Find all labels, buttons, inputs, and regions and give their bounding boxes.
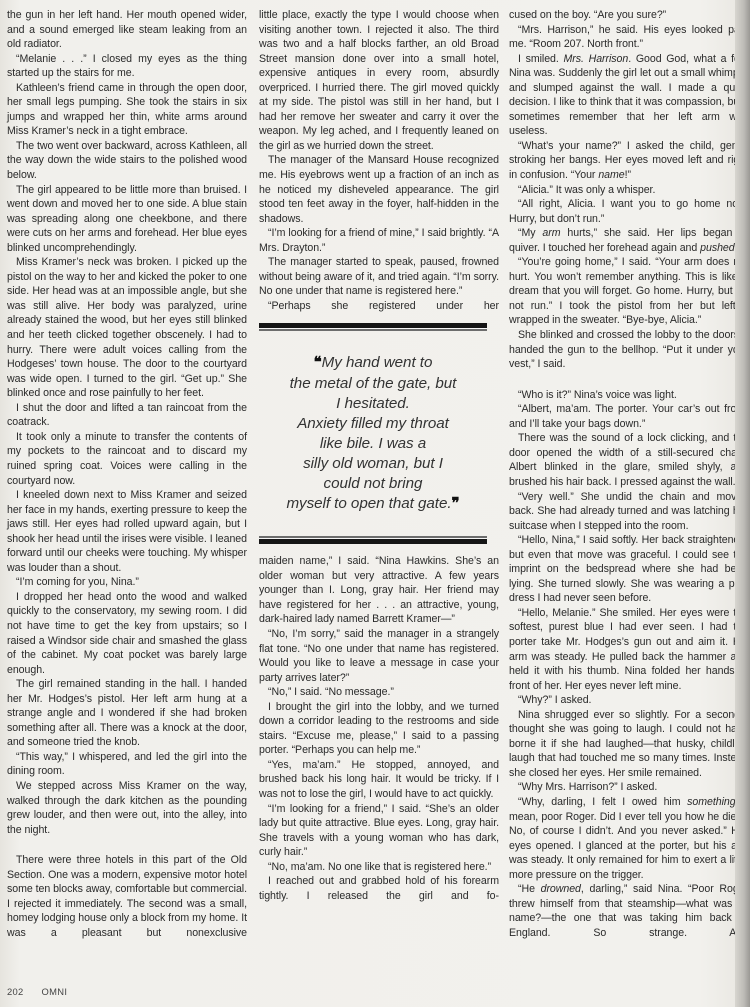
- text-run: . Good God, what a fool Nina was. Sudden…: [509, 53, 748, 138]
- text-column-middle: little place, exactly the type I would c…: [259, 8, 499, 903]
- paragraph: The manager of the Mansard House recogni…: [259, 153, 499, 226]
- paragraph: “No, I’m sorry,” said the manager in a s…: [259, 627, 499, 685]
- pull-quote-line: like bile. I was a: [320, 435, 426, 452]
- paragraph: The girl remained standing in the hall. …: [7, 677, 247, 750]
- magazine-name: OMNI: [42, 986, 68, 997]
- text-column-right: cused on the boy. “Are you sure?” “Mrs. …: [509, 8, 748, 940]
- italic-run: Mrs. Harrison: [564, 53, 629, 65]
- paragraph: “You’re going home,” I said. “Your arm d…: [509, 255, 748, 328]
- page-footer: 202OMNI: [7, 986, 85, 997]
- paragraph: The manager started to speak, paused, fr…: [259, 255, 499, 299]
- paragraph: It took only a minute to transfer the co…: [7, 430, 247, 488]
- text-run: “My: [518, 227, 542, 239]
- paragraph: I kneeled down next to Miss Kramer and s…: [7, 488, 247, 575]
- pull-quote-line: could not bring: [324, 475, 423, 492]
- paragraph: I reached out and grabbed hold of his fo…: [259, 874, 499, 903]
- paragraph: The two went over backward, across Kathl…: [7, 139, 247, 183]
- text-column-left: the gun in her left hand. Her mouth open…: [7, 8, 247, 940]
- paragraph: “Very well.” She undid the chain and mov…: [509, 490, 748, 534]
- paragraph: Nina shrugged ever so slightly. For a se…: [509, 708, 748, 781]
- italic-run: something: [687, 796, 735, 808]
- paragraph: “This way,” I whispered, and led the gir…: [7, 750, 247, 779]
- paragraph: “No, ma’am. No one like that is register…: [259, 860, 499, 875]
- paragraph: “He drowned, darling,” said Nina. “Poor …: [509, 882, 748, 940]
- italic-run: drowned: [541, 883, 581, 895]
- pull-quote-line: My hand went to: [322, 354, 433, 371]
- open-quote-icon: ❝: [314, 354, 322, 371]
- pull-quote-text: ❝My hand went to the metal of the gate, …: [259, 329, 487, 538]
- pull-quote: ❝My hand went to the metal of the gate, …: [259, 323, 487, 544]
- paragraph: “Alicia.” It was only a whisper.: [509, 183, 748, 198]
- paragraph: There was the sound of a lock clicking, …: [509, 431, 748, 489]
- paragraph: I dropped her head onto the wood and wal…: [7, 590, 247, 677]
- paragraph: “Perhaps she registered under her: [259, 299, 499, 314]
- paragraph: “Hello, Melanie.” She smiled. Her eyes w…: [509, 606, 748, 693]
- paragraph: little place, exactly the type I would c…: [259, 8, 499, 153]
- paragraph: “No,” I said. “No message.”: [259, 685, 499, 700]
- paragraph: I smiled. Mrs. Harrison. Good God, what …: [509, 52, 748, 139]
- page-number: 202: [7, 986, 24, 997]
- paragraph: I shut the door and lifted a tan raincoa…: [7, 401, 247, 430]
- pull-quote-line: the metal of the gate, but: [290, 375, 457, 392]
- paragraph: “All right, Alicia. I want you to go hom…: [509, 197, 748, 226]
- paragraph: She blinked and crossed the lobby to the…: [509, 328, 748, 372]
- pull-quote-line: Anxiety filled my throat: [297, 415, 449, 432]
- italic-run: name: [598, 169, 624, 181]
- pull-quote-line: I hesitated.: [336, 395, 410, 412]
- paragraph: I brought the girl into the lobby, and w…: [259, 700, 499, 758]
- close-quote-icon: ❞: [452, 495, 460, 512]
- paragraph: cused on the boy. “Are you sure?”: [509, 8, 748, 23]
- paragraph-section-start: “Who is it?” Nina’s voice was light.: [509, 388, 748, 403]
- paragraph: “Why Mrs. Harrison?” I asked.: [509, 780, 748, 795]
- pull-quote-line: silly old woman, but I: [303, 455, 443, 472]
- paragraph: “My arm hurts,” she said. Her lips began…: [509, 226, 748, 255]
- paragraph: “What’s your name?” I asked the child, g…: [509, 139, 748, 183]
- text-run: I smiled.: [518, 53, 564, 65]
- paragraph: “Mrs. Harrison,” he said. His eyes looke…: [509, 23, 748, 52]
- paragraph: “I’m looking for a friend,” I said. “She…: [259, 802, 499, 860]
- magazine-page: the gun in her left hand. Her mouth open…: [0, 0, 735, 1007]
- paragraph: “Why, darling, I felt I owed him somethi…: [509, 795, 748, 882]
- paragraph-section-start: There were three hotels in this part of …: [7, 853, 247, 940]
- italic-run: pushed: [700, 242, 734, 254]
- text-run: !”: [625, 169, 631, 181]
- text-run: . I mean, poor Roger. Did I ever tell yo…: [509, 796, 748, 881]
- paragraph: “Hello, Nina,” I said softly. Her back s…: [509, 533, 748, 606]
- paragraph: “Albert, ma’am. The porter. Your car’s o…: [509, 402, 748, 431]
- paragraph: “I’m coming for you, Nina.”: [7, 575, 247, 590]
- paragraph: “Melanie . . .” I closed my eyes as the …: [7, 52, 247, 81]
- text-run: “Why, darling, I felt I owed him: [518, 796, 687, 808]
- paragraph: “Yes, ma’am.” He stopped, annoyed, and b…: [259, 758, 499, 802]
- paragraph: maiden name,” I said. “Nina Hawkins. She…: [259, 554, 499, 627]
- italic-run: arm: [542, 227, 560, 239]
- paragraph: “Why?” I asked.: [509, 693, 748, 708]
- paragraph: “I’m looking for a friend of mine,” I sa…: [259, 226, 499, 255]
- paragraph: We stepped across Miss Kramer on the way…: [7, 779, 247, 837]
- pull-quote-bottom-rule: [259, 538, 487, 544]
- paragraph: Kathleen’s friend came in through the op…: [7, 81, 247, 139]
- paragraph: Miss Kramer’s neck was broken. I picked …: [7, 255, 247, 400]
- text-run: “He: [518, 883, 541, 895]
- paragraph: The girl appeared to be little more than…: [7, 183, 247, 256]
- page-gutter-shadow: [735, 0, 750, 1007]
- paragraph: the gun in her left hand. Her mouth open…: [7, 8, 247, 52]
- pull-quote-line: myself to open that gate.: [286, 495, 451, 512]
